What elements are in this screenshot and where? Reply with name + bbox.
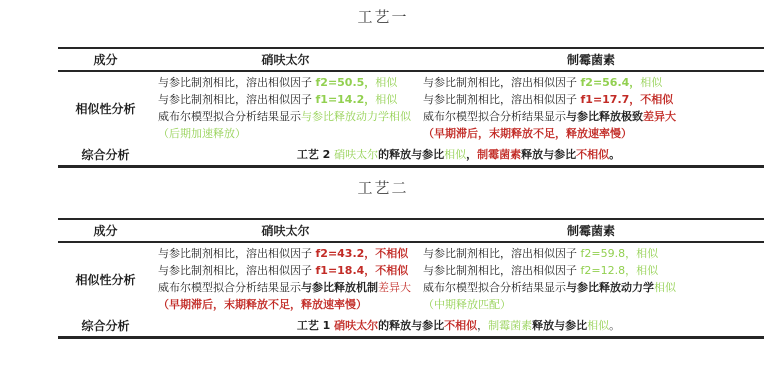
- text-segment: 与参比释放动力学相似: [301, 110, 411, 123]
- text-segment: 不相似: [444, 319, 477, 332]
- text-segment: 释放与参比: [532, 319, 587, 332]
- analysis-line: 威布尔模型拟合分析结果显示与参比释放动力学相似: [423, 279, 760, 296]
- text-segment: 差异大: [378, 281, 411, 294]
- text-segment: 相似: [636, 247, 658, 260]
- text-segment: 与参比制剂相比，溶出相似因子: [158, 247, 316, 260]
- summary-label: 综合分析: [58, 317, 153, 334]
- analysis-line: 威布尔模型拟合分析结果显示与参比释放极致差异大: [423, 108, 760, 125]
- nifuratel-analysis-cell: 与参比制剂相比，溶出相似因子 f2=50.5，相似与参比制剂相比，溶出相似因子 …: [153, 74, 418, 142]
- analysis-line: 与参比制剂相比，溶出相似因子 f2=59.8，相似: [423, 245, 760, 262]
- text-segment: 的释放与参比: [378, 148, 444, 161]
- section-process-one: 工艺一 成分 硝呋太尔 制霉菌素 相似性分析 与参比制剂相比，溶出相似因子 f2…: [0, 0, 766, 168]
- text-segment: 与参比释放动力学: [566, 281, 654, 294]
- text-segment: f1=14.2，: [316, 93, 376, 106]
- text-segment: 与参比制剂相比，溶出相似因子: [423, 76, 581, 89]
- section-title-process-one: 工艺一: [0, 0, 766, 28]
- text-segment: 威布尔模型拟合分析结果显示: [423, 110, 566, 123]
- text-segment: 制霉菌素: [477, 148, 521, 161]
- analysis-line: （早期滞后，末期释放不足，释放速率慢）: [423, 125, 760, 142]
- text-segment: 制霉菌素: [488, 319, 532, 332]
- analysis-line: 威布尔模型拟合分析结果显示与参比释放动力学相似: [158, 108, 414, 125]
- similarity-analysis-row: 相似性分析 与参比制剂相比，溶出相似因子 f2=50.5，相似与参比制剂相比，溶…: [58, 72, 764, 143]
- text-segment: 与参比制剂相比，溶出相似因子: [423, 264, 581, 277]
- text-segment: （早期滞后，末期释放不足，释放速率慢）: [423, 127, 632, 140]
- text-segment: f1=17.7，: [581, 93, 641, 106]
- analysis-line: 与参比制剂相比，溶出相似因子 f1=18.4，不相似: [158, 262, 414, 279]
- text-segment: 威布尔模型拟合分析结果显示: [158, 110, 301, 123]
- process-two-table: 成分 硝呋太尔 制霉菌素 相似性分析 与参比制剂相比，溶出相似因子 f2=43.…: [58, 218, 764, 339]
- similarity-analysis-label: 相似性分析: [58, 74, 153, 142]
- table-header-row: 成分 硝呋太尔 制霉菌素: [58, 49, 764, 72]
- process-comparison-document: 工艺一 成分 硝呋太尔 制霉菌素 相似性分析 与参比制剂相比，溶出相似因子 f2…: [0, 0, 766, 369]
- text-segment: 与参比制剂相比，溶出相似因子: [158, 93, 316, 106]
- text-segment: （后期加速释放）: [158, 127, 246, 140]
- text-segment: f2=59.8，: [581, 247, 637, 260]
- text-segment: 不相似: [375, 264, 408, 277]
- text-segment: 。: [609, 319, 620, 332]
- text-segment: 释放与参比: [521, 148, 576, 161]
- analysis-line: （后期加速释放）: [158, 125, 414, 142]
- nifuratel-analysis-cell: 与参比制剂相比，溶出相似因子 f2=43.2，不相似与参比制剂相比，溶出相似因子…: [153, 245, 418, 313]
- similarity-analysis-row: 相似性分析 与参比制剂相比，溶出相似因子 f2=43.2，不相似与参比制剂相比，…: [58, 243, 764, 314]
- header-nystatin: 制霉菌素: [418, 222, 764, 239]
- summary-label: 综合分析: [58, 146, 153, 163]
- section-title-process-two: 工艺二: [0, 168, 766, 199]
- text-segment: （早期滞后，末期释放不足，释放速率慢）: [158, 298, 367, 311]
- header-component: 成分: [58, 222, 153, 239]
- analysis-line: 与参比制剂相比，溶出相似因子 f1=14.2，相似: [158, 91, 414, 108]
- text-segment: ，: [466, 148, 477, 161]
- text-segment: 工艺 2: [297, 148, 334, 161]
- analysis-line: 与参比制剂相比，溶出相似因子 f2=56.4，相似: [423, 74, 760, 91]
- text-segment: 威布尔模型拟合分析结果显示: [423, 281, 566, 294]
- table-header-row: 成分 硝呋太尔 制霉菌素: [58, 220, 764, 243]
- text-segment: 相似: [636, 264, 658, 277]
- analysis-line: 与参比制剂相比，溶出相似因子 f1=17.7，不相似: [423, 91, 760, 108]
- text-segment: 差异大: [643, 110, 676, 123]
- text-segment: （中期释放匹配）: [423, 298, 511, 311]
- text-segment: f2=43.2，: [316, 247, 376, 260]
- text-segment: 与参比制剂相比，溶出相似因子: [423, 247, 581, 260]
- analysis-line: 威布尔模型拟合分析结果显示与参比释放机制差异大: [158, 279, 414, 296]
- header-nifuratel: 硝呋太尔: [153, 51, 418, 68]
- text-segment: f2=12.8，: [581, 264, 637, 277]
- nystatin-analysis-cell: 与参比制剂相比，溶出相似因子 f2=59.8，相似与参比制剂相比，溶出相似因子 …: [418, 245, 764, 313]
- text-segment: 不相似: [640, 93, 673, 106]
- header-nifuratel: 硝呋太尔: [153, 222, 418, 239]
- nystatin-analysis-cell: 与参比制剂相比，溶出相似因子 f2=56.4，相似与参比制剂相比，溶出相似因子 …: [418, 74, 764, 142]
- summary-text: 工艺 2 硝呋太尔的释放与参比相似，制霉菌素释放与参比不相似。: [153, 146, 764, 162]
- text-segment: 硝呋太尔: [334, 148, 378, 161]
- text-segment: 相似: [375, 76, 397, 89]
- text-segment: f2=56.4，: [581, 76, 641, 89]
- summary-row: 综合分析 工艺 1 硝呋太尔的释放与参比不相似，制霉菌素释放与参比相似。: [58, 314, 764, 336]
- text-segment: 相似: [375, 93, 397, 106]
- section-process-two: 工艺二 成分 硝呋太尔 制霉菌素 相似性分析 与参比制剂相比，溶出相似因子 f2…: [0, 168, 766, 339]
- text-segment: 相似: [640, 76, 662, 89]
- text-segment: 相似: [444, 148, 466, 161]
- process-one-table: 成分 硝呋太尔 制霉菌素 相似性分析 与参比制剂相比，溶出相似因子 f2=50.…: [58, 47, 764, 168]
- analysis-line: 与参比制剂相比，溶出相似因子 f2=12.8，相似: [423, 262, 760, 279]
- text-segment: 与参比制剂相比，溶出相似因子: [158, 76, 316, 89]
- text-segment: 。: [609, 148, 620, 161]
- header-nystatin: 制霉菌素: [418, 51, 764, 68]
- text-segment: f1=18.4，: [316, 264, 376, 277]
- analysis-line: （中期释放匹配）: [423, 296, 760, 313]
- text-segment: 硝呋太尔: [334, 319, 378, 332]
- text-segment: 工艺 1: [297, 319, 334, 332]
- text-segment: 威布尔模型拟合分析结果显示: [158, 281, 301, 294]
- text-segment: ，: [477, 319, 488, 332]
- text-segment: 相似: [587, 319, 609, 332]
- header-component: 成分: [58, 51, 153, 68]
- summary-row: 综合分析 工艺 2 硝呋太尔的释放与参比相似，制霉菌素释放与参比不相似。: [58, 143, 764, 165]
- text-segment: 与参比释放极致: [566, 110, 643, 123]
- analysis-line: 与参比制剂相比，溶出相似因子 f2=50.5，相似: [158, 74, 414, 91]
- text-segment: 不相似: [375, 247, 408, 260]
- analysis-line: （早期滞后，末期释放不足，释放速率慢）: [158, 296, 414, 313]
- text-segment: 的释放与参比: [378, 319, 444, 332]
- summary-text: 工艺 1 硝呋太尔的释放与参比不相似，制霉菌素释放与参比相似。: [153, 317, 764, 333]
- text-segment: 不相似: [576, 148, 609, 161]
- text-segment: f2=50.5，: [316, 76, 376, 89]
- similarity-analysis-label: 相似性分析: [58, 245, 153, 313]
- text-segment: 与参比制剂相比，溶出相似因子: [158, 264, 316, 277]
- text-segment: 相似: [654, 281, 676, 294]
- text-segment: 与参比释放机制: [301, 281, 378, 294]
- text-segment: 与参比制剂相比，溶出相似因子: [423, 93, 581, 106]
- analysis-line: 与参比制剂相比，溶出相似因子 f2=43.2，不相似: [158, 245, 414, 262]
